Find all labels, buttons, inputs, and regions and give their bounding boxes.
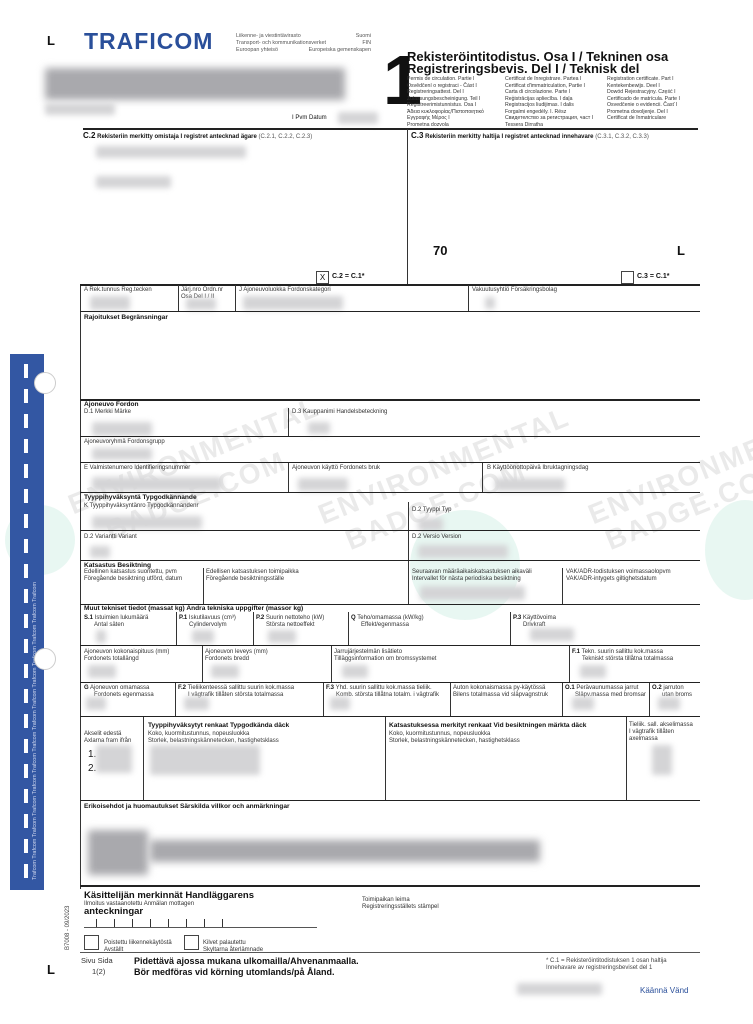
redacted-address	[45, 68, 345, 100]
inspection-title: Katsastus Besiktning	[84, 562, 151, 569]
redacted-insurance	[485, 297, 495, 309]
redacted-owner-address	[96, 176, 171, 188]
redacted-date	[338, 112, 378, 124]
vehicle-category-label: J Ajoneuvoluokka Fordonskategori	[239, 287, 331, 294]
redacted-value	[580, 665, 606, 678]
inspected-tyres-sub: Koko, kuormitustunnus, nopeusluokkaStorl…	[389, 731, 520, 745]
type-label: D.2 Tyyppi Typ	[412, 507, 451, 514]
make-label: D.1 Merkki Märke	[84, 409, 131, 416]
redacted-approved-tyres	[150, 745, 260, 775]
approved-tyres-title: Tyyppihyväksytyt renkaat Typgodkända däc…	[148, 722, 289, 729]
vehicle-use-label: Ajoneuvon käyttö Fordonets bruk	[292, 465, 380, 472]
trade-name-label: D.3 Kauppanimi Handelsbeteckning	[292, 409, 387, 416]
handler-title: Käsittelijän merkinnät Handläggarens	[84, 890, 254, 901]
redacted-version	[418, 545, 508, 558]
restrictions-title: Rajoitukset Begränsningar	[84, 314, 168, 321]
redacted-trade-name	[308, 422, 330, 434]
redacted-part-number	[186, 298, 216, 310]
removed-from-traffic-checkbox[interactable]	[84, 935, 99, 950]
notice-sv: Bör medföras vid körning utomlands/på Ål…	[134, 967, 335, 977]
technical-field-label: F.1 Tekn. suurin sallittu kok.massaTekni…	[572, 649, 673, 663]
technical-field-label: Ajoneuvon kokonaispituus (mm)Fordonets t…	[84, 649, 169, 663]
handler-title-cont: anteckningar	[84, 906, 143, 917]
last-inspection-place-label: Edellisen katsastuksen toimipaikkaFöregå…	[206, 569, 299, 583]
holder-corner-mark: L	[677, 243, 685, 258]
title-sv: Registreringsbevis. Del I / Teknisk del	[407, 62, 639, 75]
vehicle-group-label: Ajoneuvoryhmä Fordonsgrupp	[84, 439, 165, 446]
redacted-value	[88, 665, 116, 678]
corner-mark: L	[47, 33, 55, 48]
inspected-tyres-title: Katsastuksessa merkityt renkaat Vid besi…	[389, 722, 586, 729]
page-label: Sivu Sida	[81, 956, 113, 965]
redacted-address-line	[45, 103, 115, 115]
redacted-first-use	[495, 478, 565, 491]
redacted-value	[658, 697, 680, 710]
c2-equals-c1-label: C.2 = C.1*	[332, 273, 365, 280]
holder-number: 70	[433, 243, 447, 258]
date-label: I Pvm Datum	[292, 115, 327, 121]
traficom-logo: TRAFICOM	[84, 28, 213, 55]
page-number: 1(2)	[92, 967, 105, 976]
redacted-interval	[420, 586, 525, 600]
redacted-axles	[96, 745, 132, 773]
technical-field-label: Ajoneuvon leveys (mm)Fordonets bredd	[205, 649, 268, 663]
c3-equals-c1-checkbox[interactable]	[621, 271, 634, 284]
redacted-axle-mass	[652, 745, 672, 775]
redacted-use	[298, 478, 348, 491]
inspection-interval-label: Seuraavan määräaikaiskatsastuksen aikavä…	[412, 569, 532, 583]
owner-label: C.2 Rekisteriin merkitty omistaja I regi…	[83, 131, 312, 140]
agency-info: Liikenne- ja viestintävirastoSuomi Trans…	[236, 33, 371, 54]
first-use-date-label: B Käyttöönottopäivä Ibruktagningsdag	[487, 465, 588, 472]
variant-label: D.2 Variantti Variant	[84, 534, 137, 541]
strip-text: Trafcom Trafcom Trafcom Trafcom Trafcom …	[32, 360, 38, 880]
redacted-value	[572, 697, 594, 710]
redacted-notes	[150, 840, 540, 862]
technical-field-label: Q Teho/omamassa (kW/kg)Effekt/egenmassa	[351, 615, 424, 629]
technical-field-label: P.3 KäyttövoimaDrivkraft	[513, 615, 556, 629]
punch-hole	[34, 648, 56, 670]
redacted-value	[96, 630, 106, 643]
redacted-value	[530, 628, 574, 641]
redacted-value	[86, 697, 106, 710]
redacted-owner-name	[96, 146, 246, 158]
translations-block: Permis de circulation. Partie ICertifica…	[407, 76, 737, 128]
redacted-value	[192, 630, 214, 643]
redacted-make	[92, 422, 152, 436]
c2-equals-c1-checkbox[interactable]: X	[316, 271, 329, 284]
perforated-binding-strip	[10, 354, 44, 890]
stamp-label: Toimipaikan leimaRegistreringsställets s…	[362, 897, 439, 911]
version-label: D.2 Versio Version	[412, 534, 461, 541]
form-code: B7008 - 09/2023	[65, 906, 71, 950]
technical-title: Muut tekniset tiedot (massat kg) Andra t…	[84, 605, 303, 612]
axle-mass-label: Tieliik. sall. akselimassaI vägtrafik ti…	[629, 722, 693, 743]
notes-title: Erikoisehdot ja huomautukset Särskilda v…	[84, 803, 290, 810]
turn-page-link[interactable]: Käännä Vänd	[640, 986, 689, 995]
redacted-value	[268, 630, 296, 643]
type-approval-title: Tyyppihyväksyntä Typgodkännande	[84, 494, 197, 501]
vehicle-title: Ajoneuvo Fordon	[84, 401, 139, 408]
redacted-value	[184, 697, 209, 710]
adr-validity-label: VAK/ADR-todistuksen voimassaolopvmVAK/AD…	[566, 569, 671, 583]
technical-field-label: S.1 Istuimien lukumääräAntal säten	[84, 615, 148, 629]
punch-hole	[34, 372, 56, 394]
reg-number-label: A Rek.tunnus Reg.tecken	[84, 287, 152, 294]
redacted-variant	[90, 546, 110, 558]
type-approval-number-label: K Tyyppihyväksyntänro Typgodkännandenr	[84, 503, 199, 510]
redacted-value	[330, 697, 350, 710]
vin-label: E Valmistenumero Identifieringsnummer	[84, 465, 190, 472]
approved-tyres-sub: Koko, kuormitustunnus, nopeusluokkaStorl…	[148, 731, 279, 745]
technical-field-label: P.1 Iskutilavuus (cm³)Cylindervolym	[179, 615, 236, 629]
technical-field-label: P.2 Suurin nettoteho (kW)Största nettoef…	[256, 615, 324, 629]
redacted-type-approval	[92, 516, 202, 529]
footer-corner-mark: L	[47, 962, 55, 977]
insurance-label: Vakuutusyhtiö Försäkringsbolag	[472, 287, 557, 294]
last-inspection-date-label: Edellinen katsastus suoritettu, pvmFöreg…	[84, 569, 182, 583]
holder-label: C.3 Rekisteriin merkitty haltija I regis…	[411, 131, 649, 140]
c3-equals-c1-label: C.3 = C.1*	[637, 273, 670, 280]
technical-field-label: Jarrujärjestelmän lisätietoTilläggsinfor…	[334, 649, 436, 663]
redacted-vin	[92, 477, 222, 491]
plates-returned-checkbox[interactable]	[184, 935, 199, 950]
redacted-category	[243, 296, 343, 310]
redacted-group	[92, 448, 152, 460]
axles-label: Akselit edestäAxlarna fram ifrån	[84, 731, 131, 745]
technical-field-label: Auton kokonaismassa py-käytössäBilens to…	[453, 685, 548, 699]
redacted-notes	[88, 830, 148, 875]
redacted-value	[211, 665, 239, 678]
notice-fi: Pidettävä ajossa mukana ulkomailla/Ahven…	[134, 956, 359, 966]
redacted-reg-number	[90, 296, 130, 310]
redacted-footer-id	[517, 983, 602, 995]
redacted-value	[342, 665, 368, 678]
footnote: * C.1 = Rekisteröintitodistuksen 1 osan …	[546, 958, 667, 972]
